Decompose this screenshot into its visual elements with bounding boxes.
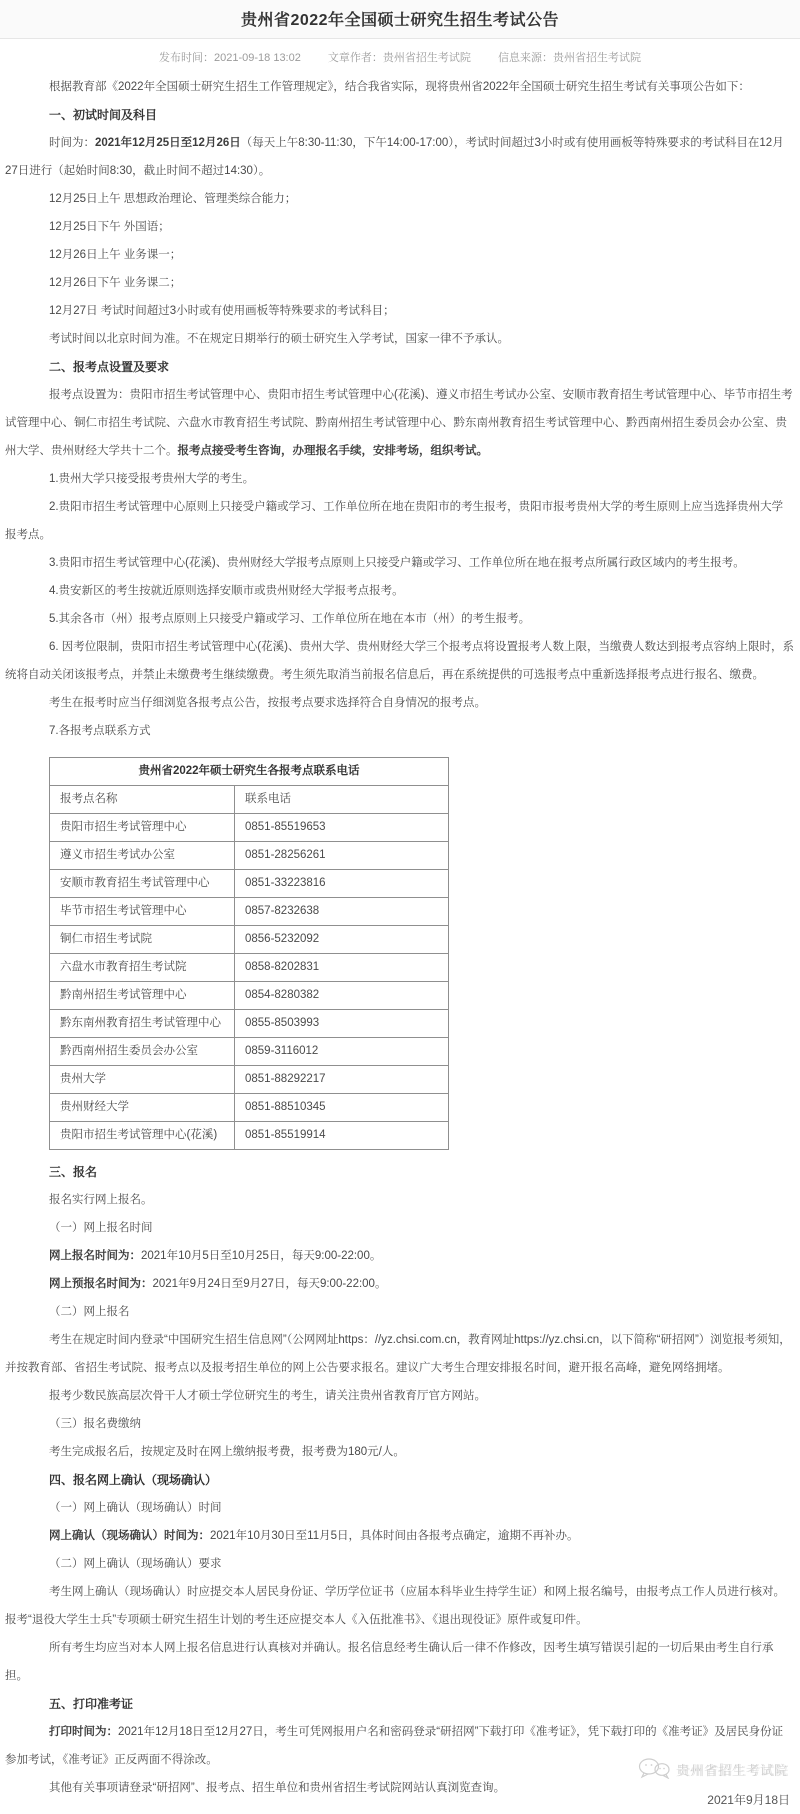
confirm-time-label: 网上确认（现场确认）时间为： [49,1530,210,1542]
cell-phone: 0851-88510345 [235,1094,449,1122]
table-row: 六盘水市教育招生考试院0858-8202831 [50,954,449,982]
title-bar: 贵州省2022年全国硕士研究生招生考试公告 [0,0,800,39]
registration-time-label: 网上报名时间为： [49,1250,141,1262]
exam-time-label: 时间为： [49,137,95,149]
table-row: 毕节市招生考试管理中心0857-8232638 [50,898,449,926]
schedule-line: 12月25日上午 思想政治理论、管理类综合能力； [5,185,794,213]
rule-item: 4.贵安新区的考生按就近原则选择安顺市或贵州财经大学报考点报考。 [5,577,794,605]
cell-name: 贵州大学 [50,1066,235,1094]
page-title: 贵州省2022年全国硕士研究生招生考试公告 [0,7,800,30]
fee-note: 考生完成报名后，按规定及时在网上缴纳报考费，报考费为180元/人。 [5,1438,794,1466]
sub-heading: （二）网上确认（现场确认）要求 [5,1550,794,1578]
announcement-page: 贵州省2022年全国硕士研究生招生考试公告 发布时间：2021-09-18 13… [0,0,800,1814]
cell-phone: 0859-3116012 [235,1038,449,1066]
article-author-value: 贵州省招生考试院 [383,52,471,64]
table-row: 安顺市教育招生考试管理中心0851-33223816 [50,870,449,898]
article-body: 根据教育部《2022年全国硕士研究生招生工作管理规定》，结合我省实际，现将贵州省… [0,73,800,1802]
cell-phone: 0857-8232638 [235,898,449,926]
watermark-text: 贵州省招生考试院 [676,1760,788,1779]
section3-heading: 三、报名 [5,1158,794,1186]
cell-phone: 0851-28256261 [235,842,449,870]
rule-item: 2.贵阳市招生考试管理中心原则上只接受户籍或学习、工作单位所在地在贵阳市的考生报… [5,493,794,549]
cell-name: 贵州财经大学 [50,1094,235,1122]
print-time-label: 打印时间为： [49,1726,118,1738]
pre-registration-time-label: 网上预报名时间为： [49,1278,153,1290]
schedule-line: 12月25日下午 外国语； [5,213,794,241]
cell-name: 毕节市招生考试管理中心 [50,898,235,926]
checkpoint-list-paragraph: 报考点设置为：贵阳市招生考试管理中心、贵阳市招生考试管理中心(花溪)、遵义市招生… [5,381,794,465]
section4-heading: 四、报名网上确认（现场确认） [5,1466,794,1494]
registration-time-value: 2021年10月5日至10月25日，每天9:00-22:00。 [141,1250,381,1262]
table-row: 贵州大学0851-88292217 [50,1066,449,1094]
cell-name: 遵义市招生考试办公室 [50,842,235,870]
rule-item: 6. 因考位限制，贵阳市招生考试管理中心(花溪)、贵州大学、贵州财经大学三个报考… [5,633,794,689]
table-header-row: 报考点名称 联系电话 [50,786,449,814]
rule-item: 考生在报考时应当仔细浏览各报考点公告，按报考点要求选择符合自身情况的报考点。 [5,689,794,717]
confirm-time-paragraph: 网上确认（现场确认）时间为：2021年10月30日至11月5日，具体时间由各报考… [5,1522,794,1550]
registration-time-paragraph: 网上报名时间为：2021年10月5日至10月25日，每天9:00-22:00。 [5,1242,794,1270]
cell-phone: 0851-88292217 [235,1066,449,1094]
publish-date: 2021年9月18日 [637,1791,790,1808]
cell-phone: 0856-5232092 [235,926,449,954]
section5-heading: 五、打印准考证 [5,1690,794,1718]
table-row: 贵阳市招生考试管理中心0851-85519653 [50,814,449,842]
info-source-value: 贵州省招生考试院 [553,52,641,64]
contact-table: 贵州省2022年硕士研究生各报考点联系电话 报考点名称 联系电话 贵阳市招生考试… [49,757,449,1150]
table-row: 贵州财经大学0851-88510345 [50,1094,449,1122]
table-row: 遵义市招生考试办公室0851-28256261 [50,842,449,870]
beijing-time-note: 考试时间以北京时间为准。不在规定日期举行的硕士研究生入学考试，国家一律不予承认。 [5,325,794,353]
intro-paragraph: 根据教育部《2022年全国硕士研究生招生工作管理规定》，结合我省实际，现将贵州省… [5,73,794,101]
table-title-row: 贵州省2022年硕士研究生各报考点联系电话 [50,758,449,786]
cell-phone: 0854-8280382 [235,982,449,1010]
minority-program-note: 报考少数民族高层次骨干人才硕士学位研究生的考生，请关注贵州省教育厅官方网站。 [5,1382,794,1410]
info-source-label: 信息来源： [498,52,553,64]
confirm-requirements: 考生网上确认（现场确认）时应提交本人居民身份证、学历学位证书（应届本科毕业生持学… [5,1578,794,1634]
info-check-note: 所有考生均应当对本人网上报名信息进行认真核对并确认。报名信息经考生确认后一律不作… [5,1634,794,1690]
sub-heading: （一）网上确认（现场确认）时间 [5,1494,794,1522]
rule-item: 5.其余各市（州）报考点原则上只接受户籍或学习、工作单位所在地在本市（州）的考生… [5,605,794,633]
online-registration-note: 报名实行网上报名。 [5,1186,794,1214]
cell-name: 六盘水市教育招生考试院 [50,954,235,982]
cell-phone: 0858-8202831 [235,954,449,982]
table-row: 铜仁市招生考试院0856-5232092 [50,926,449,954]
chsi-instructions: 考生在规定时间内登录“中国研究生招生信息网”（公网网址https：//yz.ch… [5,1326,794,1382]
exam-time-paragraph: 时间为：2021年12月25日至12月26日（每天上午8:30-11:30，下午… [5,129,794,185]
table-title: 贵州省2022年硕士研究生各报考点联系电话 [50,758,449,786]
cell-name: 安顺市教育招生考试管理中心 [50,870,235,898]
col-header-phone: 联系电话 [235,786,449,814]
cell-name: 铜仁市招生考试院 [50,926,235,954]
rule-item: 3.贵阳市招生考试管理中心(花溪)、贵州财经大学报考点原则上只接受户籍或学习、工… [5,549,794,577]
publish-time-label: 发布时间： [159,52,214,64]
info-source: 信息来源：贵州省招生考试院 [498,52,641,64]
article-author-label: 文章作者： [328,52,383,64]
rule-item: 1.贵州大学只接受报考贵州大学的考生。 [5,465,794,493]
table-row: 贵阳市招生考试管理中心(花溪)0851-85519914 [50,1122,449,1150]
schedule-line: 12月27日 考试时间超过3小时或有使用画板等特殊要求的考试科目； [5,297,794,325]
confirm-time-value: 2021年10月30日至11月5日，具体时间由各报考点确定，逾期不再补办。 [210,1530,579,1542]
cell-name: 黔东南州教育招生考试管理中心 [50,1010,235,1038]
table-row: 黔西南州招生委员会办公室0859-3116012 [50,1038,449,1066]
publish-time: 发布时间：2021-09-18 13:02 [159,52,301,64]
col-header-name: 报考点名称 [50,786,235,814]
schedule-line: 12月26日下午 业务课二； [5,269,794,297]
section2-heading: 二、报考点设置及要求 [5,353,794,381]
section1-heading: 一、初试时间及科目 [5,101,794,129]
table-row: 黔南州招生考试管理中心0854-8280382 [50,982,449,1010]
pre-registration-time-paragraph: 网上预报名时间为：2021年9月24日至9月27日，每天9:00-22:00。 [5,1270,794,1298]
table-row: 黔东南州教育招生考试管理中心0855-8503993 [50,1010,449,1038]
article-author: 文章作者：贵州省招生考试院 [328,52,471,64]
sub-heading: （三）报名费缴纳 [5,1410,794,1438]
exam-time-dates: 2021年12月25日至12月26日 [95,137,241,149]
rule-item: 7.各报考点联系方式 [5,717,794,745]
article-footer: 贵州省招生考试院 2021年9月18日 [637,1757,790,1808]
contact-table-wrap: 贵州省2022年硕士研究生各报考点联系电话 报考点名称 联系电话 贵阳市招生考试… [49,757,794,1150]
checkpoint-duty: 报考点接受考生咨询，办理报名手续，安排考场，组织考试。 [178,445,489,457]
cell-phone: 0851-85519914 [235,1122,449,1150]
cell-name: 黔南州招生考试管理中心 [50,982,235,1010]
wechat-icon [637,1757,671,1782]
cell-phone: 0851-85519653 [235,814,449,842]
sub-heading: （二）网上报名 [5,1298,794,1326]
sub-heading: （一）网上报名时间 [5,1214,794,1242]
cell-name: 黔西南州招生委员会办公室 [50,1038,235,1066]
article-meta: 发布时间：2021-09-18 13:02 文章作者：贵州省招生考试院 信息来源… [0,49,800,65]
pre-registration-time-value: 2021年9月24日至9月27日，每天9:00-22:00。 [153,1278,387,1290]
cell-phone: 0855-8503993 [235,1010,449,1038]
publish-time-value: 2021-09-18 13:02 [214,52,301,64]
cell-name: 贵阳市招生考试管理中心 [50,814,235,842]
cell-name: 贵阳市招生考试管理中心(花溪) [50,1122,235,1150]
cell-phone: 0851-33223816 [235,870,449,898]
watermark: 贵州省招生考试院 [637,1757,788,1782]
schedule-line: 12月26日上午 业务课一； [5,241,794,269]
